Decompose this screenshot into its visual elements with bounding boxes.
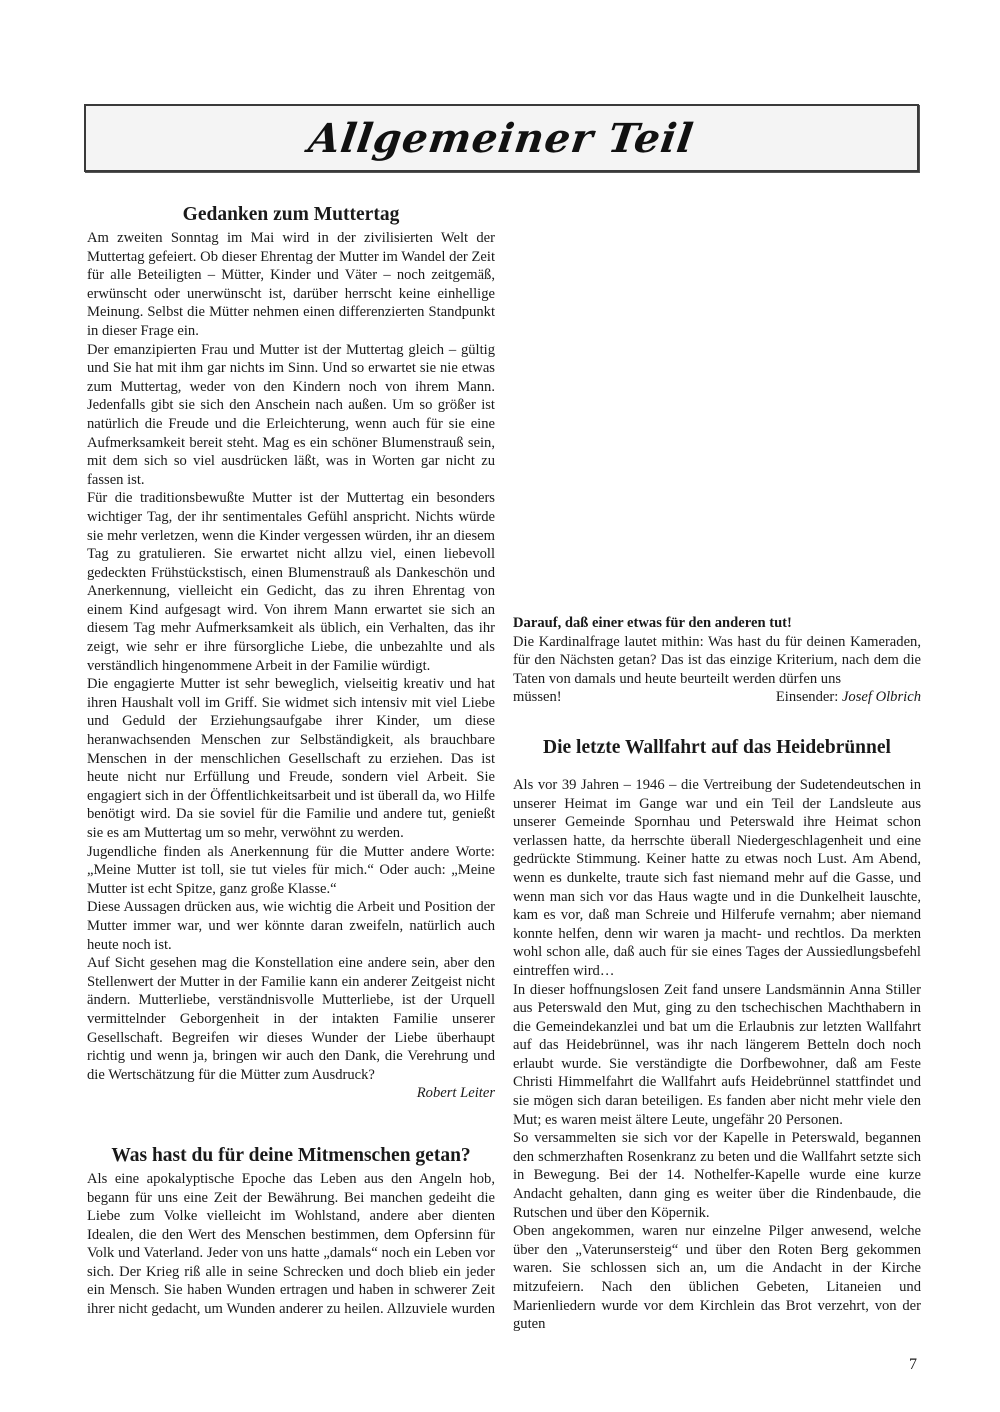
section-header-box: Allgemeiner Teil (84, 104, 919, 172)
article-muttertag: Gedanken zum Muttertag Am zweiten Sonnta… (87, 204, 495, 1103)
sender-credit: Einsender: Josef Olbrich (776, 688, 921, 707)
paragraph: Auf Sicht gesehen mag die Konstellation … (87, 954, 495, 1084)
paragraph: So versammelten sie sich vor der Kapelle… (513, 1129, 921, 1222)
paragraph: Die engagierte Mutter ist sehr beweglich… (87, 675, 495, 842)
paragraph: Als vor 39 Jahren – 1946 – die Vertreibu… (513, 776, 921, 981)
paragraph: In dieser hoffnungslosen Zeit fand unser… (513, 981, 921, 1130)
paragraph: Am zweiten Sonntag im Mai wird in der zi… (87, 229, 495, 341)
paragraph: Oben angekommen, waren nur einzelne Pilg… (513, 1222, 921, 1334)
article-mitmenschen: Was hast du für deine Mitmenschen getan?… (87, 1145, 495, 1319)
closing-word: müssen! (513, 688, 562, 707)
sender-label: Einsender: (776, 689, 838, 705)
paragraph: Die Kardinalfrage lautet mithin: Was has… (513, 633, 921, 689)
article-headline: Die letzte Wallfahrt auf das Heidebrünne… (513, 737, 921, 759)
emphasis-line: Darauf, daß einer etwas für den anderen … (513, 614, 921, 633)
page-number: 7 (909, 1356, 917, 1374)
author-signature: Robert Leiter (87, 1084, 495, 1103)
paragraph: Der emanzipierten Frau und Mutter ist de… (87, 341, 495, 490)
article-headline: Gedanken zum Muttertag (87, 204, 495, 226)
signature-line: müssen! Einsender: Josef Olbrich (513, 688, 921, 707)
article-mitmenschen-continued: Als eine apokalyptische Epoche das Leben… (513, 204, 921, 614)
left-column: Gedanken zum Muttertag Am zweiten Sonnta… (87, 204, 495, 1319)
author-signature: Josef Olbrich (842, 689, 921, 705)
paragraph: Jugendliche finden als Anerkennung für d… (87, 843, 495, 899)
paragraph: Für die traditionsbewußte Mutter ist der… (87, 489, 495, 675)
paragraph: Als eine apokalyptische Epoche das Leben… (87, 1170, 495, 1319)
section-title: Allgemeiner Teil (306, 115, 697, 162)
right-column: Als eine apokalyptische Epoche das Leben… (513, 204, 921, 1334)
article-wallfahrt: Die letzte Wallfahrt auf das Heidebrünne… (513, 737, 921, 1334)
paragraph: Diese Aussagen drücken aus, wie wichtig … (87, 898, 495, 954)
article-headline: Was hast du für deine Mitmenschen getan? (87, 1145, 495, 1167)
